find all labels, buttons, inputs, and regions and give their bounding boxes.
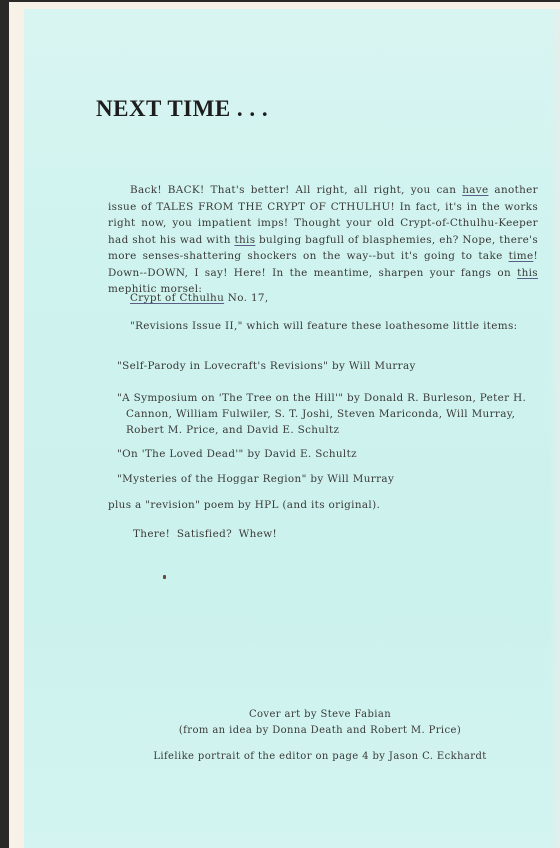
feature-line: "Revisions Issue II," which will feature… — [108, 318, 538, 335]
issue-number: No. 17, — [224, 292, 268, 304]
issue-line: Crypt of Cthulhu No. 17, — [130, 291, 269, 306]
underlined-word: this — [517, 267, 538, 279]
underlined-word: have — [462, 184, 488, 196]
ink-speck — [163, 575, 166, 579]
magazine-name: Crypt of Cthulhu — [130, 292, 224, 304]
intro-text: Back! BACK! That's better! All right, al… — [130, 184, 462, 196]
underlined-word: time — [509, 250, 534, 262]
closing-line: There! Satisfied? Whew! — [133, 527, 277, 542]
list-item: "A Symposium on 'The Tree on the Hill'" … — [117, 390, 546, 438]
plus-line: plus a "revision" poem by HPL (and its o… — [108, 498, 380, 513]
cover-art-credit: Cover art by Steve Fabian — [110, 707, 530, 723]
page-title: NEXT TIME . . . — [96, 96, 268, 122]
idea-credit: (from an idea by Donna Death and Robert … — [110, 723, 530, 739]
list-item: "Mysteries of the Hoggar Region" by Will… — [117, 472, 394, 487]
list-item: "Self-Parody in Lovecraft's Revisions" b… — [117, 359, 416, 374]
underlined-word: this — [234, 234, 255, 246]
intro-paragraph: Back! BACK! That's better! All right, al… — [108, 182, 538, 298]
list-item: "On 'The Loved Dead'" by David E. Schult… — [117, 447, 357, 462]
portrait-credit: Lifelike portrait of the editor on page … — [110, 749, 530, 765]
